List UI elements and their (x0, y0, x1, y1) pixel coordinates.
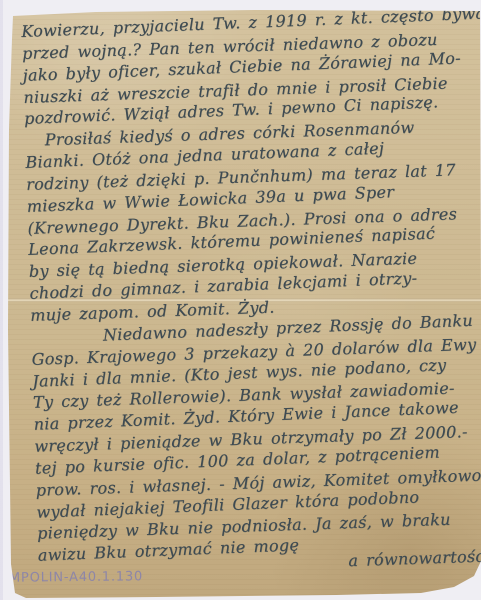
catalog-number: MPOLIN-A40.1.130 (9, 569, 143, 585)
scan-background: Kowierzu, przyjacielu Tw. z 1919 r. z kt… (0, 0, 481, 600)
letter-paper: Kowierzu, przyjacielu Tw. z 1919 r. z kt… (6, 9, 481, 598)
handwriting-text: Kowierzu, przyjacielu Tw. z 1919 r. z kt… (21, 6, 481, 582)
